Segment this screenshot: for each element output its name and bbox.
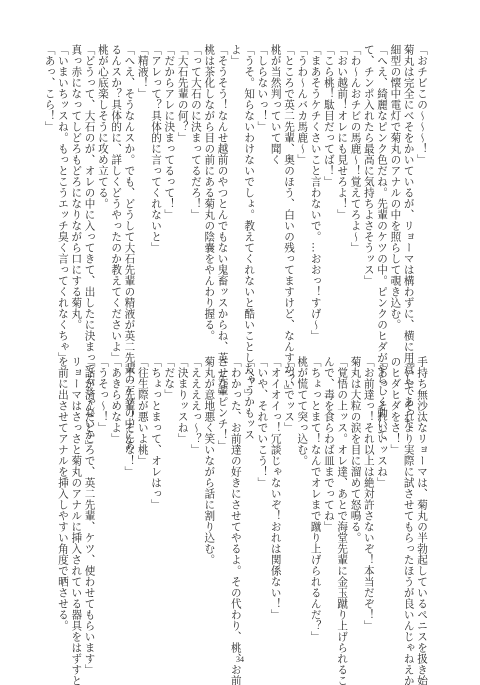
text-line: を前に出させてアナルを挿入しやすい角度で晒させる。 [56, 356, 69, 646]
text-line: 「うそっ〜！」 [96, 356, 109, 646]
text-line: 「いや、それより実際に試させてもらったほうが良いんじゃねえか？このピンク [401, 356, 414, 646]
text-line: 「こら桃！駄目だってば！」 [322, 44, 335, 334]
text-line: 「決まりッスね」 [175, 356, 188, 646]
text-line: 「覚悟の上ッス。オレ達、あとで海堂先輩に金玉蹴り上げられることになってる [335, 356, 348, 646]
text-line: 「いまいちッスね。もっとこうエッチ臭く言ってくれなくちゃ」 [56, 44, 69, 334]
text-line: 「そうそう！なんせ越前のやつとんでもない鬼畜ッスからね、英二先輩ピンチ！」 [215, 44, 228, 334]
text-line: のヒダヒダをさ！」 [388, 356, 401, 646]
text-line: 細型の懐中電灯で菊丸のアナルの中を照らして覗き込む。 [388, 44, 401, 334]
text-line: 「へ？」 [242, 356, 255, 646]
text-line: 桃は茶化しながら目の前にある菊丸の陰嚢をやんわり握る。 [202, 44, 215, 334]
text-line: 「わかった、お前達の好きにさせてやるよ。その代わり、桃、お前の金玉蹴り潰 [229, 356, 242, 646]
text-line: 手持ち無沙汰なリョーマは、菊丸の半勃起しているペニスを扱き始める。 [415, 356, 428, 646]
text-line: 「ええええっ〜？」 [189, 356, 202, 646]
text-line: 「アレって？具体的に言ってくれないと」 [149, 44, 162, 334]
text-line: 「あっ、それいいッスね」 [375, 356, 388, 646]
text-line: 「おチビこの〜〜〜！」 [415, 44, 428, 334]
text-line: 「ちょっとまて！なんでオレまで蹴り上げられるんだ？」 [308, 356, 321, 646]
text-line: 菊丸が意地悪く笑いながら話に割り込む。 [202, 356, 215, 646]
page-number: 34 [0, 655, 480, 664]
text-line: 「ちょっとまって、オレはっ」 [149, 356, 162, 646]
text-line: 「まあそうケチくさいこと言わないで。…おおっ！すげ〜」 [308, 44, 321, 334]
text-line: 「あっ、こら！」 [42, 44, 55, 334]
text-line: 「うわ〜んバカ馬鹿〜」 [295, 44, 308, 334]
text-line: るんスか？具体的に、詳しくどうやったのか教えてくださいよ」 [109, 44, 122, 334]
text-line: 桃が心底楽しそうに攻め立てる。 [96, 44, 109, 334]
text-line: 「往生際が悪いよ桃」 [135, 356, 148, 646]
lower-text-block: 手持ち無沙汰なリョーマは、菊丸の半勃起しているペニスを扱き始める。「いや、それよ… [56, 356, 428, 646]
text-line: 菊丸は完全にべそをかいているが、リョーマは構わずに、横に用意してあった [401, 44, 414, 334]
text-line: 桃が慌てて突っ込む。 [295, 356, 308, 646]
text-line: 「話が済んだところで、英二先輩、ケツ、使わせてもらいます」 [82, 356, 95, 646]
text-line: 「オイオイっ！冗談じゃないぞ！おれは関係ない！」 [268, 356, 281, 646]
text-line: させな」 [215, 356, 228, 646]
text-line: 「へえ、そうなんスか。でも、どうして大石先輩の精液が英二先輩のケツの中にあ [122, 44, 135, 334]
text-line: 「って大石のに決まってるだろ！」 [189, 44, 202, 334]
text-line: 「へえ、綺麗なピンク色だね。先輩のケツの中。ピンクのヒダがやらしく動いて [375, 44, 388, 334]
text-line: て、チンポ入れたら最高に気持ちよさそうッス」 [362, 44, 375, 334]
text-line: 「ついでッス」 [282, 356, 295, 646]
text-line: んで、毒を食らわば皿までってね」 [322, 356, 335, 646]
text-line: 「お前達っ！それ以上は絶対許さないぞ！本当だぞ！」 [362, 356, 375, 646]
text-line: 「ところで英二先輩、奥のほう、白いの残ってますけど、なんすか？」 [282, 44, 295, 334]
text-line: よ」 [229, 44, 242, 334]
text-line: 「だな」 [162, 356, 175, 646]
text-line: 「おい越前！オレにも見せろよ！」 [335, 44, 348, 334]
text-line: リョーマはさっさと菊丸のアナルに挿入されている器具をはずすと、さらに膝 [69, 356, 82, 646]
text-line: 「大石先輩の何？」 [175, 44, 188, 334]
text-line: 「あきらめなよ」 [109, 356, 122, 646]
text-line: 「不二先輩！そんな！」 [122, 356, 135, 646]
text-line: 「しらないっ！」 [255, 44, 268, 334]
text-line: 「わ〜んおチビの馬鹿〜！覚えてろよ〜」 [348, 44, 361, 334]
text-line: 「どうって、大石のが、オレの中に入ってきて、出したに決まってるじゃないか」 [82, 44, 95, 334]
text-line: 「いや、それでいこう！」 [255, 356, 268, 646]
text-line: 桃が当然判っていて聞く [268, 44, 281, 334]
text-line: 「精液！」 [135, 44, 148, 334]
upper-text-block: 「おチビこの〜〜〜！」菊丸は完全にべそをかいているが、リョーマは構わずに、横に用… [42, 44, 428, 334]
text-line: 真っ赤になってしどろもどろになりながら口にする菊丸。 [69, 44, 82, 334]
text-line: 「だからアレに決まってるって！」 [162, 44, 175, 334]
text-line: 「うそ。知らないわけないでしょ。教えてくれないと酷いことしちゃうかもッス [242, 44, 255, 334]
text-line: 菊丸は大粒の涙を目に溜めて怒鳴る。 [348, 356, 361, 646]
